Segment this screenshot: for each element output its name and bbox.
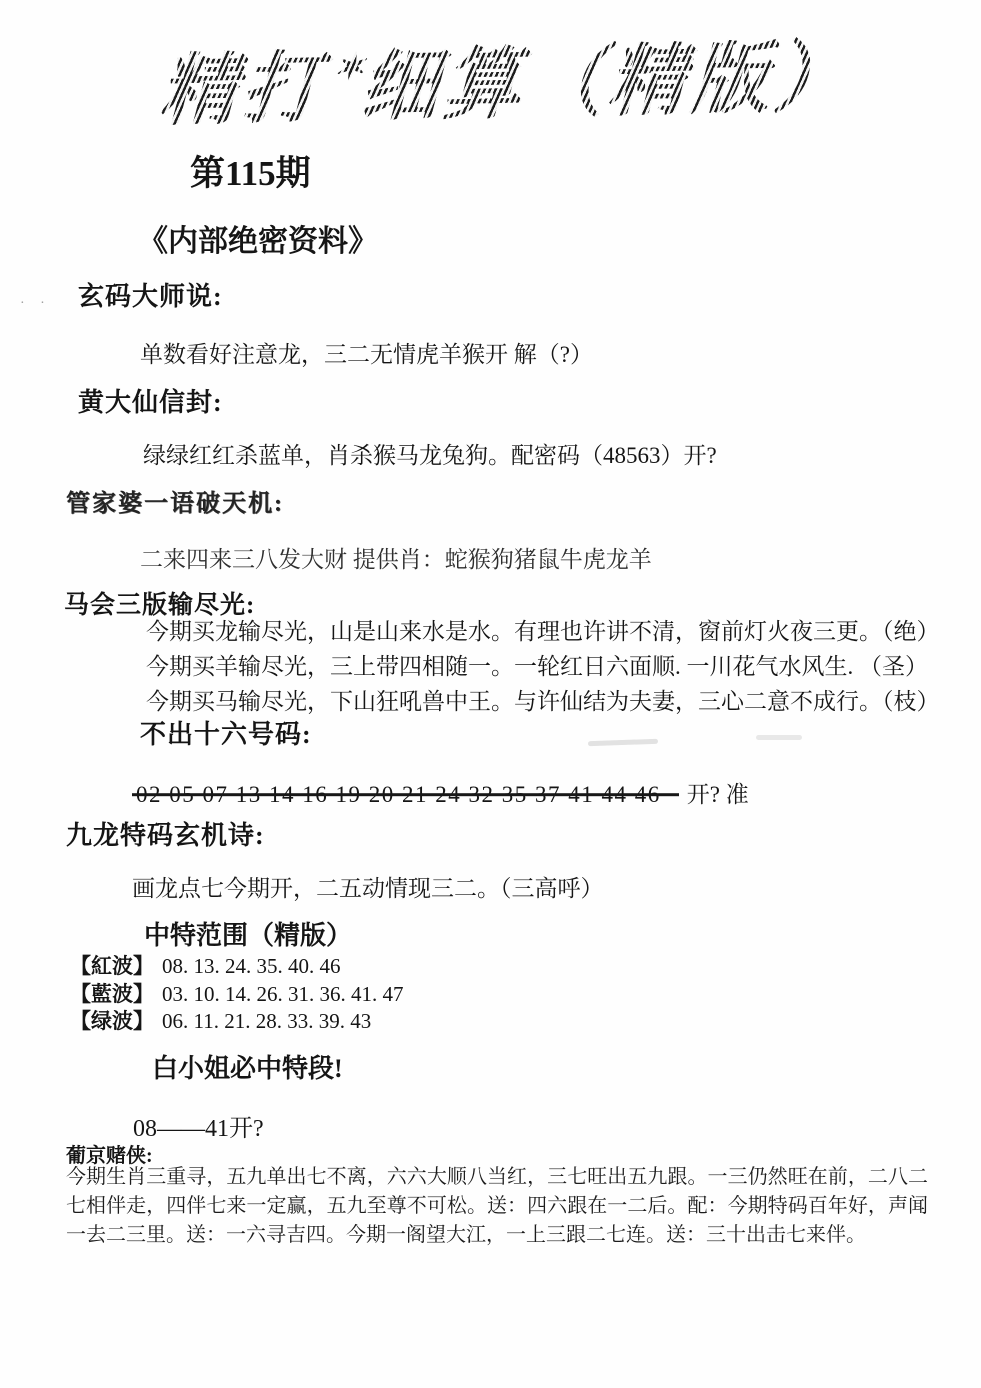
section-heading-zhongte: 中特范围（精版） bbox=[144, 915, 352, 952]
excluded-numbers-struck: 02 05 07 13 14 16 19 20 21 24 32 35 37 4… bbox=[136, 782, 661, 808]
mahui-verse-line: 今期买龙输尽光，山是山来水是水。有理也许讲不清，窗前灯火夜三更。（绝） bbox=[146, 614, 940, 649]
excluded-numbers-row: 02 05 07 13 14 16 19 20 21 24 32 35 37 4… bbox=[136, 776, 749, 809]
red-wave-numbers: 08. 13. 24. 35. 40. 46 bbox=[162, 954, 341, 978]
wave-row-blue: 【藍波】03. 10. 14. 26. 31. 36. 41. 47 bbox=[70, 981, 404, 1009]
scan-artifact-dots: · · bbox=[20, 296, 51, 312]
huangdaxian-verse: 绿绿红红杀蓝单，肖杀猴马龙兔狗。配密码（48563）开? bbox=[143, 437, 717, 470]
green-wave-numbers: 06. 11. 21. 28. 33. 39. 43 bbox=[162, 1009, 371, 1033]
wave-number-list: 【紅波】08. 13. 24. 35. 40. 46 【藍波】03. 10. 1… bbox=[70, 953, 404, 1036]
wave-row-red: 【紅波】08. 13. 24. 35. 40. 46 bbox=[70, 953, 404, 981]
pujing-verse-paragraph: 今期生肖三重寻，五九单出七不离，六六大顺八当红，三七旺出五九跟。一三仍然旺在前，… bbox=[66, 1163, 928, 1250]
guanjiapo-verse: 二来四来三八发大财 提供肖：蛇猴狗猪鼠牛虎龙羊 bbox=[140, 541, 652, 574]
xuanma-verse: 单数看好注意龙，三二无情虎羊猴开 解（?） bbox=[140, 336, 593, 369]
scan-artifact-smudge bbox=[588, 739, 658, 746]
scanned-lottery-tip-sheet: 精打✶细算（精版） 第115期 《内部绝密资料》 · · 玄码大师说: 单数看好… bbox=[0, 0, 981, 1388]
section-heading-buchu: 不出十六号码: bbox=[140, 714, 312, 751]
logo-part3: （精版） bbox=[520, 33, 873, 127]
section-heading-xuanma: 玄码大师说: bbox=[78, 276, 223, 313]
blue-wave-label: 【藍波】 bbox=[70, 982, 154, 1006]
excluded-numbers-suffix: 开? 准 bbox=[687, 782, 749, 807]
red-wave-label: 【紅波】 bbox=[70, 954, 154, 978]
section-heading-huangdaxian: 黄大仙信封: bbox=[78, 382, 223, 419]
section-heading-baixiaojie: 白小姐必中特段! bbox=[152, 1048, 343, 1085]
section-heading-guanjiapo: 管家婆一语破天机: bbox=[66, 483, 284, 518]
baixiaojie-result: 08——41开? bbox=[133, 1108, 264, 1143]
green-wave-label: 【绿波】 bbox=[70, 1009, 154, 1033]
blue-wave-numbers: 03. 10. 14. 26. 31. 36. 41. 47 bbox=[162, 982, 404, 1006]
wave-row-green: 【绿波】06. 11. 21. 28. 33. 39. 43 bbox=[70, 1008, 404, 1036]
masthead-logo: 精打✶细算（精版） bbox=[150, 15, 826, 150]
jiulong-verse: 画龙点七今期开，二五动情现三二。（三高呼） bbox=[132, 870, 604, 903]
logo-part2: 细算 bbox=[355, 40, 543, 130]
logo-part1: 精打 bbox=[154, 44, 342, 134]
page-subtitle: 《内部绝密资料》 bbox=[138, 216, 378, 260]
mahui-verses: 今期买龙输尽光，山是山来水是水。有理也许讲不清，窗前灯火夜三更。（绝） 今期买羊… bbox=[146, 614, 940, 719]
issue-number: 第115期 bbox=[190, 146, 311, 196]
scan-artifact-smudge bbox=[756, 735, 802, 740]
mahui-verse-line: 今期买羊输尽光，三上带四相随一。一轮红日六面顺. 一川花气水风生. （圣） bbox=[146, 649, 940, 684]
section-heading-jiulong: 九龙特码玄机诗: bbox=[66, 815, 265, 852]
